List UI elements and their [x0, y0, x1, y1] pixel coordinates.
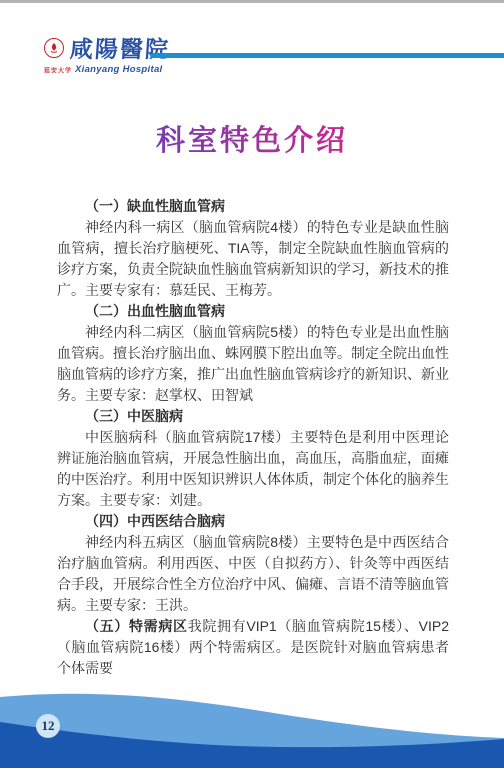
section-heading-5: （五）特需病区 [85, 618, 188, 634]
header-rule-line [150, 53, 504, 58]
hospital-emblem-icon [44, 38, 64, 58]
body-text: （一）缺血性脑血管病 神经内科一病区（脑血管病院4楼）的特色专业是缺血性脑血管病… [57, 196, 449, 679]
hospital-name-english: Xianyang Hospital [75, 64, 162, 75]
section-body-4: 神经内科五病区（脑血管病院8楼）主要特色是中西医结合治疗脑血管病。利用西医、中医… [57, 532, 449, 616]
section-5: （五）特需病区我院拥有VIP1（脑血管病院15楼）、VIP2（脑血管病院16楼）… [57, 616, 449, 679]
section-body-1: 神经内科一病区（脑血管病院4楼）的特色专业是缺血性脑血管病，擅长治疗脑梗死、TI… [57, 217, 449, 301]
section-heading-4: （四）中西医结合脑病 [57, 511, 449, 532]
hospital-name-chinese: 咸陽醫院 [69, 31, 171, 64]
page-number: 12 [42, 718, 55, 734]
section-heading-1: （一）缺血性脑血管病 [57, 196, 449, 217]
hospital-subtitle: 延安大学Xianyang Hospital [44, 61, 162, 79]
page-number-badge: 12 [36, 714, 60, 738]
footer-waves: 12 [0, 688, 504, 768]
section-heading-3: （三）中医脑病 [57, 406, 449, 427]
document-page: 咸陽醫院 延安大学Xianyang Hospital 科室特色介绍 （一）缺血性… [0, 0, 504, 768]
section-heading-2: （二）出血性脑血管病 [57, 301, 449, 322]
university-name: 延安大学 [44, 68, 72, 74]
section-body-3: 中医脑病科（脑血管病院17楼）主要特色是利用中医理论辨证施治脑血管病，开展急性脑… [57, 427, 449, 511]
top-divider [0, 0, 504, 3]
wave-graphic [0, 688, 504, 768]
section-body-2: 神经内科二病区（脑血管病院5楼）的特色专业是出血性脑血管病。擅长治疗脑出血、蛛网… [57, 322, 449, 406]
page-title: 科室特色介绍 [0, 118, 504, 159]
